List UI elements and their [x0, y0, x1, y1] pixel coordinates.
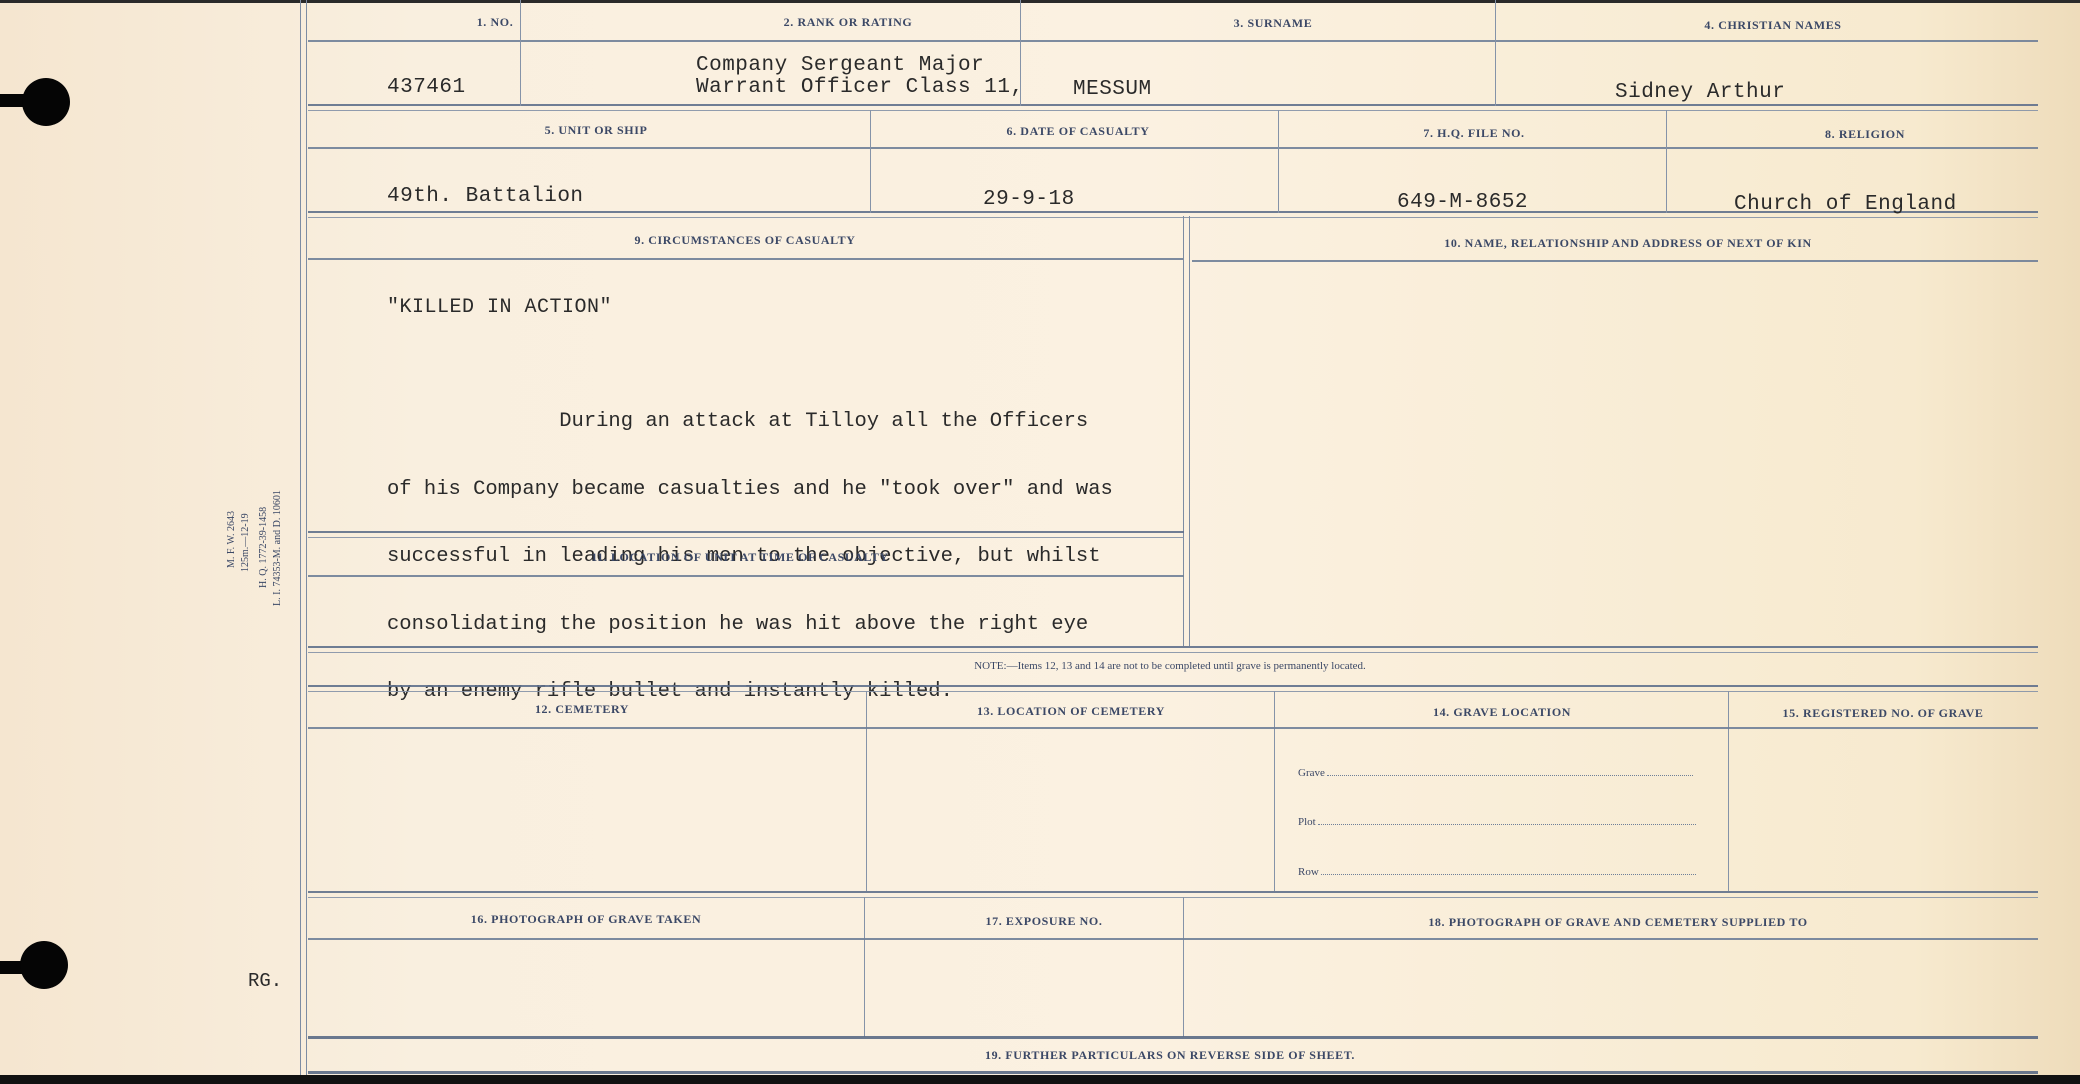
field-5-label: 5. Unit or Ship [545, 123, 648, 138]
location-of-unit-area [310, 580, 1180, 640]
field-1-label: 1. No. [477, 15, 514, 30]
grave-entry-dots [1327, 767, 1693, 776]
grave-line: Grave [1298, 767, 1693, 779]
margin-print-4: L. I. 74353-M. and D. 10601 [272, 490, 284, 606]
field-3-label: 3. Surname [1234, 16, 1313, 31]
christian-names-value: Sidney Arthur [1615, 81, 1785, 104]
note-text: NOTE:—Items 12, 13 and 14 are not to be … [974, 660, 1366, 672]
row-line: Row [1298, 866, 1696, 878]
scan-top-edge [0, 0, 2080, 3]
f11-top-rule [308, 531, 1184, 538]
field-6-label: 6. Date of Casualty [1007, 124, 1150, 139]
field-15-label: 15. Registered No. of Grave [1783, 706, 1984, 721]
circumstances-heading: "KILLED IN ACTION" [387, 296, 612, 319]
col-divider [1278, 110, 1279, 213]
f9-header-rule [308, 258, 1184, 260]
circumstances-line: of his Company became casualties and he … [387, 479, 1113, 502]
row-entry-dots [1321, 866, 1696, 875]
next-of-kin-area [1195, 270, 2035, 640]
note-top-rule [308, 646, 2038, 653]
field-9-label: 9. Circumstances of Casualty [634, 233, 855, 248]
field-12-label: 12. Cemetery [535, 702, 629, 717]
f10-header-rule [1192, 260, 2038, 262]
row2-header-rule [308, 147, 2038, 149]
row6-top-rule [308, 1036, 2038, 1039]
col-divider [866, 691, 867, 891]
row-label: Row [1298, 866, 1319, 878]
note-bottom-rule [308, 685, 2038, 692]
field-13-label: 13. Location of Cemetery [977, 704, 1165, 719]
row4-bottom-rule [308, 891, 2038, 898]
field-17-label: 17. Exposure No. [986, 914, 1103, 929]
unit-value: 49th. Battalion [387, 185, 584, 208]
plot-label: Plot [1298, 816, 1316, 828]
margin-print-2: 125m.—12-19 [240, 513, 252, 572]
field-4-label: 4. Christian Names [1704, 18, 1841, 33]
service-number-value: 437461 [387, 76, 466, 99]
field-2-label: 2. Rank or Rating [784, 15, 913, 30]
field-8-label: 8. Religion [1825, 127, 1905, 142]
col-divider [1274, 691, 1275, 891]
field-14-label: 14. Grave Location [1433, 705, 1571, 720]
row4-header-rule [308, 727, 2038, 729]
margin-print-3: H. Q. 1772-39-1458 [258, 507, 270, 588]
field-7-label: 7. H.Q. File No. [1423, 126, 1524, 141]
surname-value: MESSUM [1073, 78, 1152, 101]
record-card: M. F. W. 2643 125m.—12-19 H. Q. 1772-39-… [0, 0, 2080, 1084]
circumstances-line: During an attack at Tilloy all the Offic… [387, 411, 1113, 434]
margin-print-1: M. F. W. 2643 [226, 511, 238, 568]
rank-value-line2: Warrant Officer Class 11, [696, 76, 1024, 99]
binder-hole-top-icon [22, 78, 70, 126]
col-divider [520, 0, 521, 106]
col-divider [864, 897, 865, 1037]
col-divider [1666, 110, 1667, 213]
plot-entry-dots [1318, 816, 1696, 825]
row1-bottom-rule [308, 104, 2038, 111]
rank-value-line1: Company Sergeant Major [696, 54, 984, 77]
f11-header-rule [308, 575, 1184, 577]
hq-file-no-value: 649-M-8652 [1397, 191, 1528, 214]
field-10-label: 10. Name, Relationship and Address of Ne… [1444, 236, 1811, 251]
col-divider [1495, 0, 1496, 106]
religion-value: Church of England [1734, 193, 1957, 216]
row1-header-rule [308, 40, 2038, 42]
field-16-label: 16. Photograph of Grave Taken [471, 912, 701, 927]
form-left-border [300, 0, 307, 1075]
f9-f10-divider [1183, 216, 1190, 646]
scan-bottom-edge [0, 1075, 2080, 1084]
field-18-label: 18. Photograph of Grave and Cemetery Sup… [1428, 915, 1807, 930]
col-divider [870, 110, 871, 213]
grave-label: Grave [1298, 767, 1325, 779]
date-of-casualty-value: 29-9-18 [983, 188, 1075, 211]
margin-initials: RG. [248, 970, 282, 992]
field-11-label: 11. Location of Unit at Time of Casualty [591, 550, 889, 565]
row6-bottom-rule [308, 1071, 2038, 1074]
field-19-label: 19. Further Particulars on Reverse Side … [985, 1048, 1355, 1063]
row5-header-rule [308, 938, 2038, 940]
binder-hole-bottom-icon [20, 941, 68, 989]
plot-line: Plot [1298, 816, 1696, 828]
col-divider [1183, 897, 1184, 1037]
col-divider [1728, 691, 1729, 891]
